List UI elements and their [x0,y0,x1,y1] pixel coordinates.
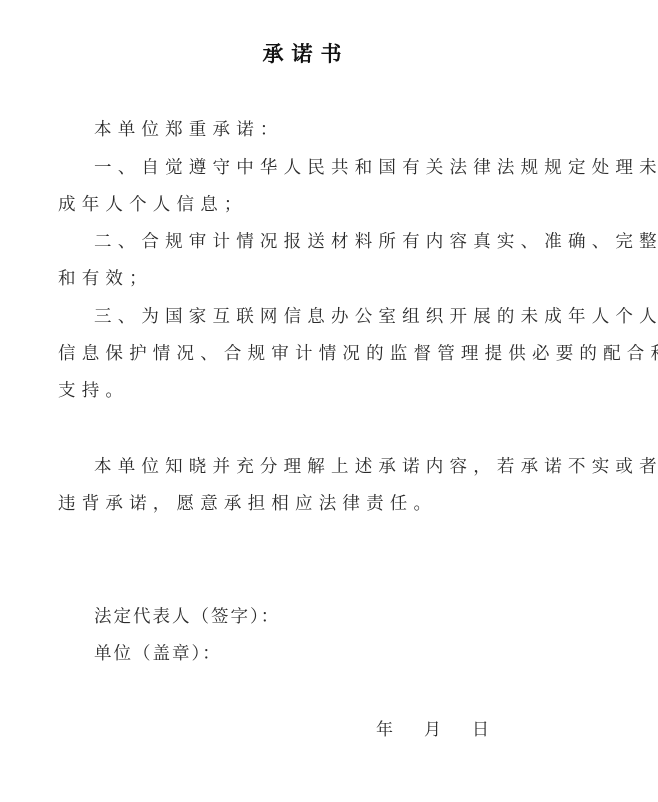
item-1-line-1: 一、自觉遵守中华人民共和国有关法律法规规定处理未 [94,156,594,180]
item-2-line-1: 二、合规审计情况报送材料所有内容真实、准确、完整 [94,230,594,254]
item-3-line-1: 三、为国家互联网信息办公室组织开展的未成年人个人 [94,305,594,329]
closing-line-2: 违背承诺，愿意承担相应法律责任。 [58,492,558,516]
date-month-label: 月 [424,715,441,740]
legal-representative-signature-label: 法定代表人（签字）： [94,605,594,629]
item-3-line-3: 支持。 [58,379,558,403]
opening-statement: 本单位郑重承诺： [94,118,594,142]
unit-seal-label: 单位（盖章）： [94,642,594,666]
item-2-line-2: 和有效； [58,267,558,291]
date-day-label: 日 [472,715,489,740]
item-1-line-2: 成年人个人信息； [58,193,558,217]
document-title: 承诺书 [0,38,612,68]
item-3-line-2: 信息保护情况、合规审计情况的监督管理提供必要的配合和 [58,342,558,366]
commitment-letter-page: 承诺书 本单位郑重承诺： 一、自觉遵守中华人民共和国有关法律法规规定处理未 成年… [0,0,658,802]
date-year-label: 年 [376,715,393,740]
closing-line-1: 本单位知晓并充分理解上述承诺内容，若承诺不实或者 [94,455,594,479]
